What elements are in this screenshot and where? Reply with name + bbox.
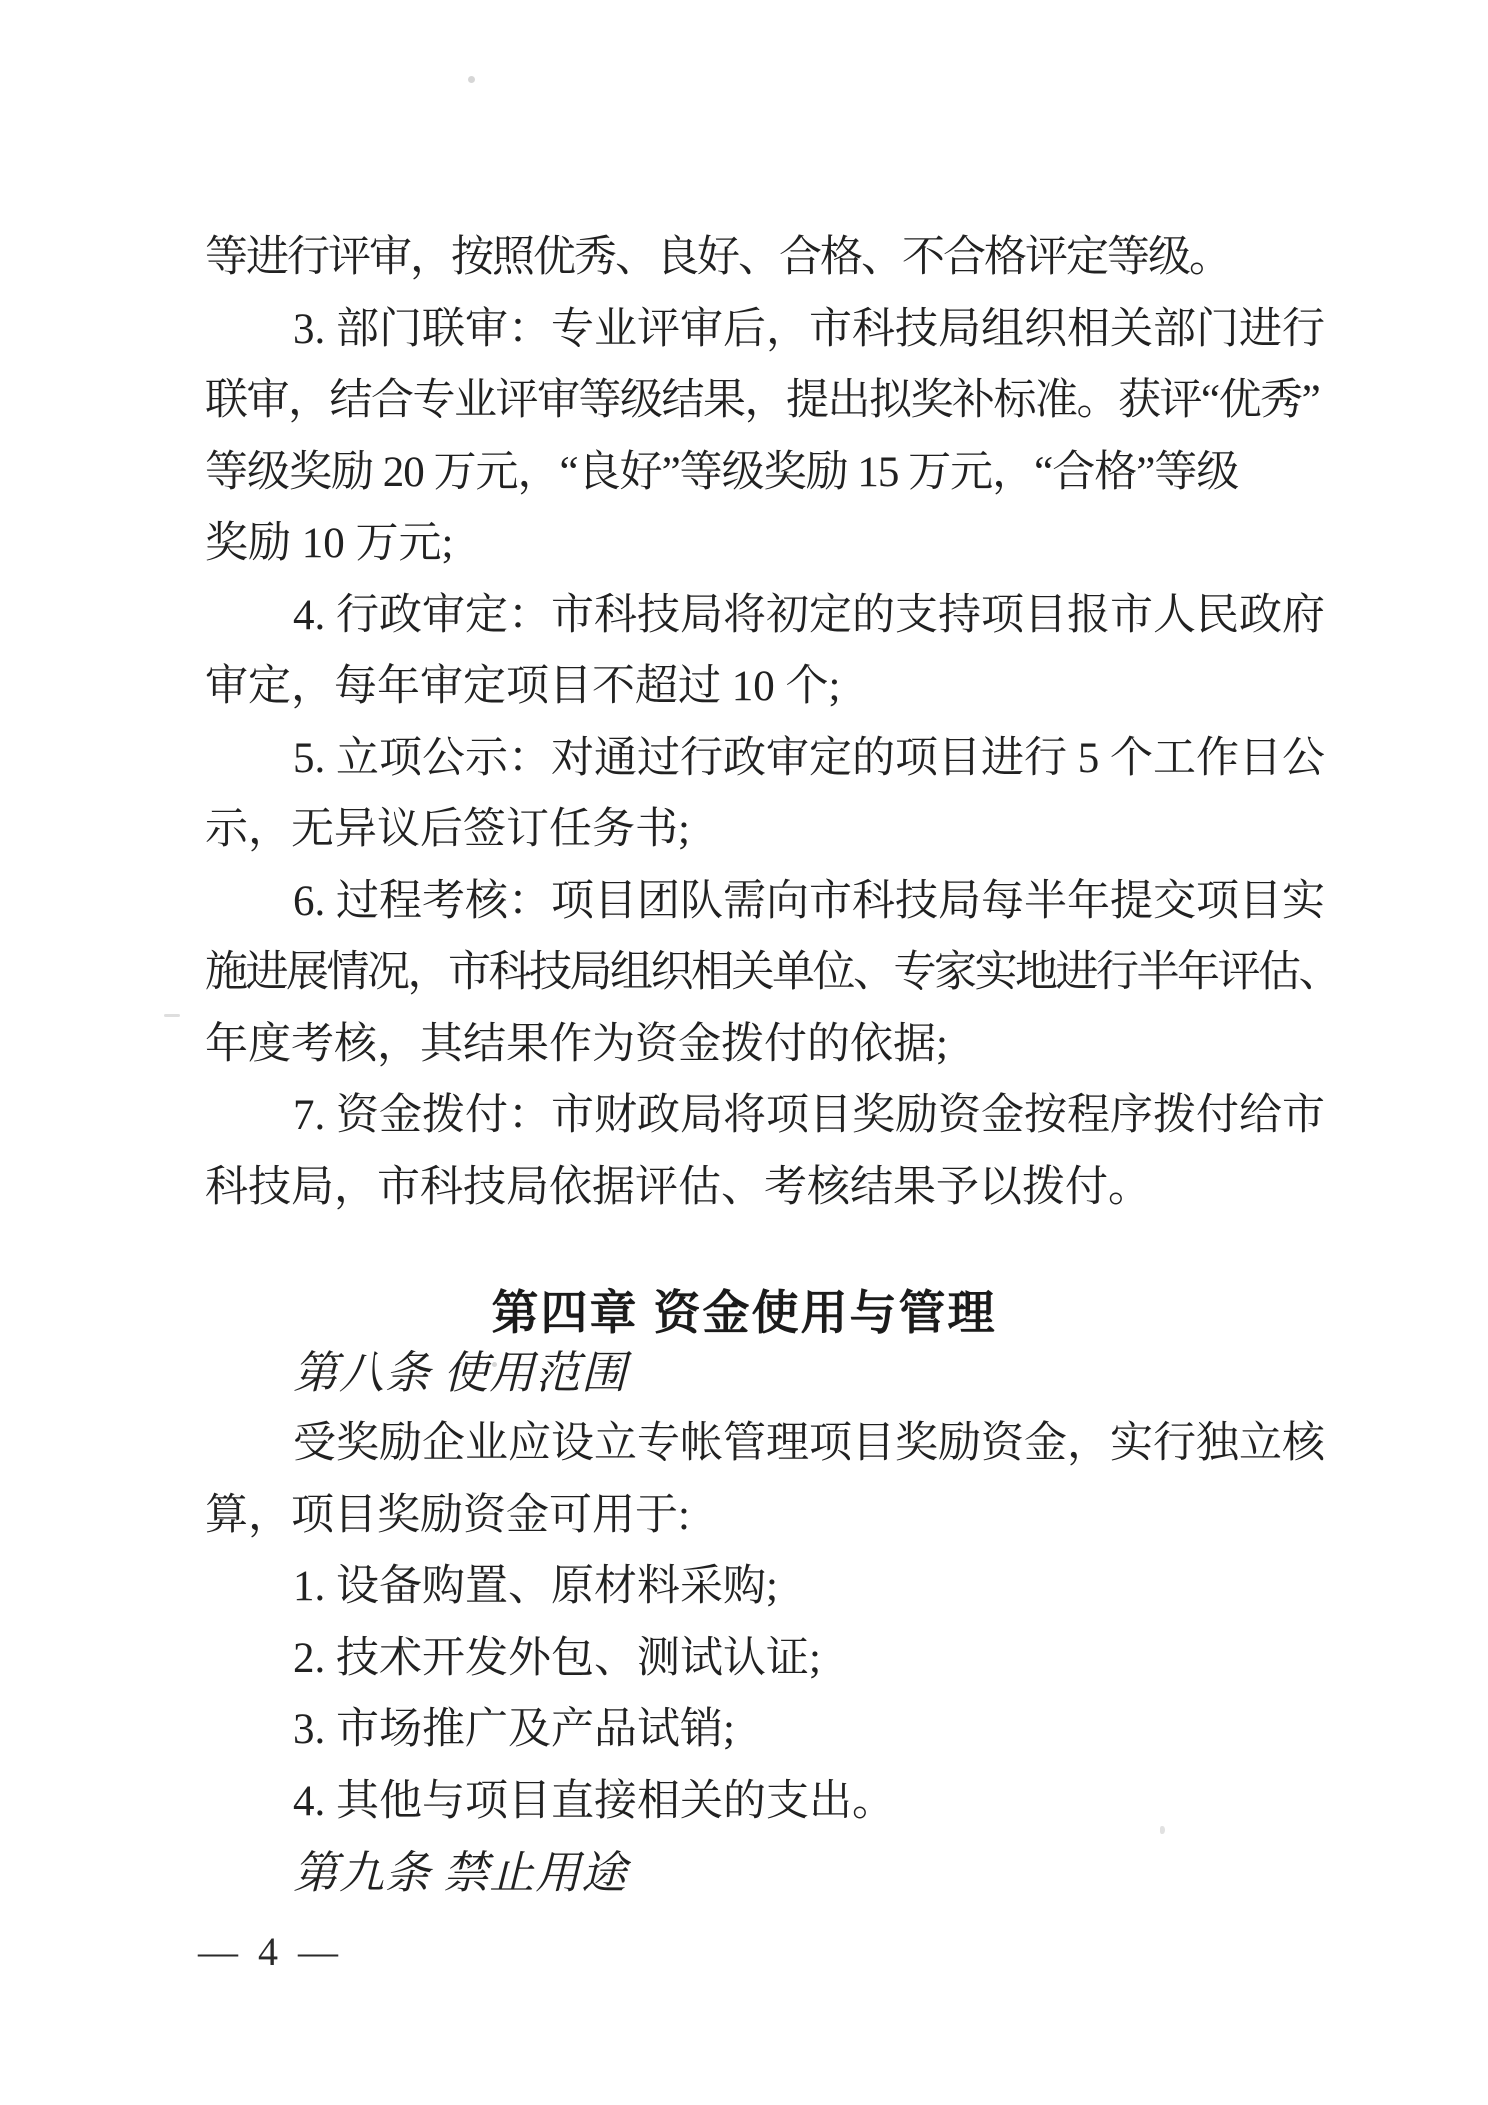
list-item-2-tech-outsource: 2. 技术开发外包、测试认证; bbox=[293, 1635, 821, 1682]
scan-speck bbox=[468, 76, 475, 83]
body-line: 受奖励企业应设立专帐管理项目奖励资金，实行独立核 bbox=[293, 1420, 1325, 1467]
page-number: — 4 — bbox=[198, 1928, 343, 1975]
article-9-heading: 第九条 禁止用途 bbox=[293, 1849, 627, 1899]
list-item-7-fund-payment: 7. 资金拨付：市财政局将项目奖励资金按程序拨付给市 bbox=[293, 1092, 1325, 1139]
scan-speck bbox=[1160, 1826, 1165, 1834]
list-item-1-equipment: 1. 设备购置、原材料采购; bbox=[293, 1563, 778, 1610]
body-line: 年度考核，其结果作为资金拨付的依据; bbox=[205, 1021, 948, 1068]
body-line: 科技局，市科技局依据评估、考核结果予以拨付。 bbox=[205, 1164, 1151, 1211]
body-line: 联审，结合专业评审等级结果，提出拟奖补标准。获评“优秀” bbox=[205, 377, 1319, 424]
body-line: 等进行评审，按照优秀、良好、合格、不合格评定等级。 bbox=[205, 234, 1230, 281]
list-item-3-dept-review: 3. 部门联审：专业评审后，市科技局组织相关部门进行 bbox=[293, 306, 1325, 353]
body-line: 审定，每年审定项目不超过 10 个; bbox=[205, 663, 840, 710]
list-item-5-publicity: 5. 立项公示：对通过行政审定的项目进行 5 个工作日公 bbox=[293, 735, 1325, 782]
list-item-3-marketing: 3. 市场推广及产品试销; bbox=[293, 1706, 735, 1753]
list-item-4-other-expense: 4. 其他与项目直接相关的支出。 bbox=[293, 1778, 895, 1825]
body-line: 等级奖励 20 万元，“良好”等级奖励 15 万元，“合格”等级 bbox=[205, 449, 1238, 496]
body-line: 算，项目奖励资金可用于: bbox=[205, 1492, 690, 1539]
chapter-heading: 第四章 资金使用与管理 bbox=[0, 1276, 1488, 1343]
document-page: 等进行评审，按照优秀、良好、合格、不合格评定等级。 3. 部门联审：专业评审后，… bbox=[0, 0, 1488, 2105]
list-item-6-process-check: 6. 过程考核：项目团队需向市科技局每半年提交项目实 bbox=[293, 878, 1325, 925]
scan-speck bbox=[164, 1014, 180, 1017]
article-8-heading: 第八条 使用范围 bbox=[293, 1349, 627, 1399]
scan-speck bbox=[492, 1362, 497, 1367]
body-line: 施进展情况，市科技局组织相关单位、专家实地进行半年评估、 bbox=[205, 949, 1339, 996]
body-line: 示，无异议后签订任务书; bbox=[205, 806, 690, 853]
body-line: 奖励 10 万元; bbox=[205, 520, 453, 567]
list-item-4-admin-approval: 4. 行政审定：市科技局将初定的支持项目报市人民政府 bbox=[293, 592, 1325, 639]
